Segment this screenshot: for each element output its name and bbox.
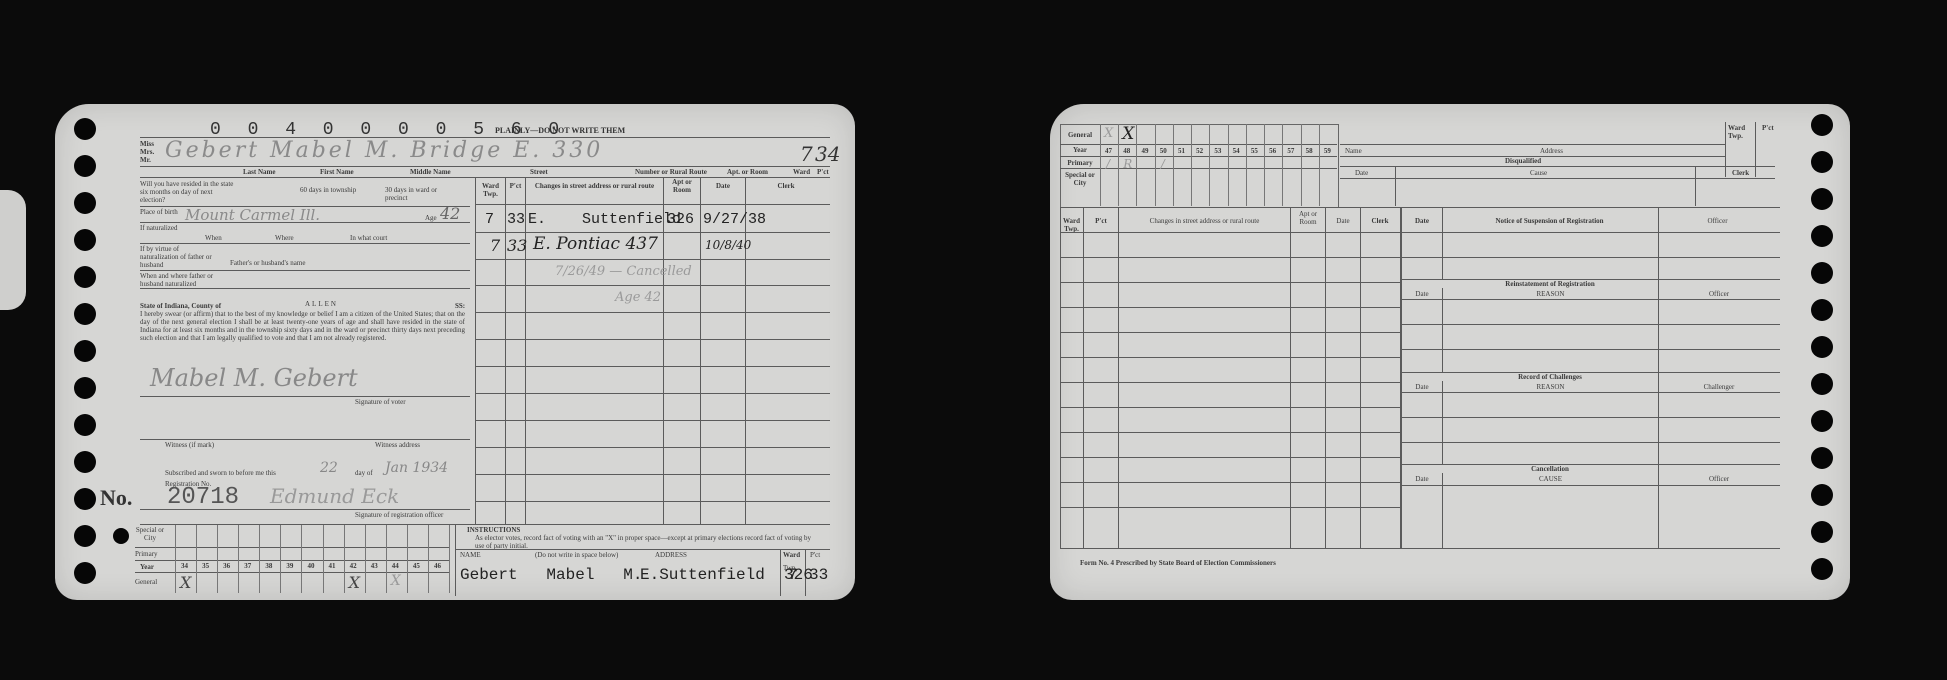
punch-hole [1811,484,1833,506]
name-label: Name [1345,147,1362,155]
row-label-general: General [1060,131,1100,139]
punch-hole [1811,151,1833,173]
witness-label: Witness (if mark) [165,441,214,449]
punch-hole [1811,373,1833,395]
col-ward-twp: Ward Twp. [476,182,505,198]
disqualified-label: Disqualified [1505,157,1541,165]
punch-hole [1811,558,1833,580]
footer-note: (Do not write in space below) [535,551,618,559]
punch-hole [1811,299,1833,321]
subscribed-text: Subscribed and sworn to before me this [165,469,276,477]
year-column: 56 [1264,124,1282,206]
punch-hole [74,451,96,473]
punch-hole [74,266,96,288]
year-grid-front: 34X 35 36 37 38 39 40 41 42X 43 44X 45 4… [175,525,450,593]
year-columns-back: 47X/ 48XR 49 50/ 51 52 53 54 55 56 57 58… [1100,124,1337,206]
county-value: ALLEN [305,300,338,308]
typed-pct: 33 [809,566,828,584]
label-middle-name: Middle Name [410,168,451,176]
challenges-challenger-label: Challenger [1659,383,1779,391]
signature-label: Signature of voter [355,398,406,406]
year-column: 38 [259,525,280,593]
suspension-title: Notice of Suspension of Registration [1442,217,1657,225]
when-where-label: When and where father or husband natural… [140,272,230,288]
year-column: 43 [365,525,386,593]
year-column: 57 [1282,124,1300,206]
year-column: 46 [428,525,450,593]
year-column: 37 [238,525,259,593]
label-apt: Apt. or Room [727,168,768,176]
cancellation-cause-label: CAUSE [1443,475,1658,483]
punch-hole [74,562,96,584]
cancellation-date-label: Date [1402,475,1442,483]
punch-hole [1811,225,1833,247]
naturalized-label: If naturalized [140,224,190,232]
reinstatement-officer-label: Officer [1659,290,1779,298]
punch-hole-small [113,528,129,544]
year-column: 39 [280,525,301,593]
ward-twp-label: Ward Twp. [1728,124,1753,140]
label-street: Street [530,168,548,176]
col-ward-twp: Ward Twp. [1060,217,1083,233]
footer-name-label: NAME [460,551,481,559]
year-column: 48XR [1118,124,1136,206]
suspension-date-label: Date [1402,217,1442,225]
typed-name: Gebert Mabel M. [460,566,642,584]
row-label-year: Year [1060,146,1100,154]
registration-officer-signature: Edmund Eck [270,484,399,508]
typed-address: E.Suttenfield 326 [640,566,813,584]
address-label: Address [1540,147,1563,155]
reinstatement-reason-label: REASON [1443,290,1658,298]
punch-hole [1811,447,1833,469]
year-column: 50/ [1155,124,1173,206]
col-apt: Apt or Room [664,178,700,194]
adjacent-card-edge [0,190,26,310]
row-label-primary: Primary [135,550,158,558]
reinstatement-date-label: Date [1402,290,1442,298]
naturalized-where: Where [275,234,294,242]
year-column: 53 [1209,124,1227,206]
punch-hole [74,303,96,325]
punch-hole [74,488,96,510]
year-column: 51 [1173,124,1191,206]
label-ward: Ward [793,168,810,176]
instructions-title: INSTRUCTIONS [467,526,520,534]
col-apt: Apt or Room [1291,210,1325,226]
township-question: 60 days in township [300,186,360,194]
punch-hole [74,118,96,140]
typed-ward: 7 [788,566,798,584]
col-changes: Changes in street address or rural route [526,182,663,190]
footer-address-label: ADDRESS [655,551,687,559]
year-column: 45 [407,525,428,593]
year-column: 35 [196,525,217,593]
voter-registration-card-front: 0 0 4 0 0 0 0 5 6 0 PLAINLY—DO NOT WRITE… [55,104,855,600]
label-first-name: First Name [320,168,354,176]
subscribed-month-year: Jan 1934 [385,460,448,476]
age-value: 42 [440,204,460,223]
col-clerk: Clerk [1361,217,1399,225]
punch-hole [74,414,96,436]
witness-address-label: Witness address [375,441,420,449]
punch-hole [1811,262,1833,284]
year-column: 34X [175,525,196,593]
day-of-label: day of [355,469,373,477]
disqualified-clerk-label: Clerk [1732,169,1749,177]
punch-hole [1811,521,1833,543]
year-column: 36 [217,525,238,593]
year-column: 42X [344,525,365,593]
pct-label: P'ct [1762,124,1774,132]
registration-no-label: No. [100,485,132,511]
ss-label: SS: [455,302,465,310]
state-county-label: State of Indiana, County of [140,302,221,310]
instructions-text: As elector votes, record fact of voting … [475,534,815,550]
col-changes: Changes in street address or rural route [1119,217,1290,225]
father-husband-label: If by virtue of naturalization of father… [140,245,215,269]
registration-officer-label: Signature of registration officer [355,511,443,519]
year-column: 58 [1301,124,1319,206]
col-date: Date [1326,217,1360,225]
punch-hole [1811,336,1833,358]
label-number: Number or Rural Route [635,168,707,176]
year-column: 41 [323,525,344,593]
year-column: 44X [386,525,407,593]
challenges-title: Record of Challenges [1442,373,1658,381]
row-label-special: Special or City [1060,171,1100,187]
row-label-special: Special or City [135,526,165,542]
handwritten-name-address: Gebert Mabel M. Bridge E. 330 [165,138,603,163]
punch-hole [1811,188,1833,210]
year-column: 54 [1228,124,1246,206]
punch-hole [74,192,96,214]
row-label-general: General [135,578,157,586]
year-column: 40 [301,525,322,593]
disqualified-cause-label: Cause [1530,169,1547,177]
ward-question: 30 days in ward or precinct [385,186,455,202]
year-column: 55 [1246,124,1264,206]
naturalized-court: In what court [350,234,387,242]
registration-number: 20718 [167,484,239,511]
name-prefixes: MissMrs.Mr. [140,140,154,164]
cancellation-title: Cancellation [1442,465,1658,473]
pct-value: 34 [815,142,840,166]
subscribed-day: 22 [320,460,338,476]
header-notice: PLAINLY—DO NOT WRITE THEM [495,126,625,135]
voter-signature: Mabel M. Gebert [150,364,358,392]
challenges-date-label: Date [1402,383,1442,391]
label-pct: P'ct [817,168,829,176]
punch-hole [74,340,96,362]
punch-hole [74,377,96,399]
year-column: 59 [1319,124,1337,206]
punch-hole [74,525,96,547]
cancellation-officer-label: Officer [1659,475,1779,483]
year-column: 47X/ [1100,124,1118,206]
row-label-primary: Primary [1060,159,1100,167]
col-pct: P'ct [506,182,525,190]
col-clerk: Clerk [746,182,826,190]
label-last-name: Last Name [243,168,275,176]
ward-value: 7 [800,142,813,166]
punch-hole [74,229,96,251]
voter-registration-card-back: General Year Primary Special or City 47X… [1050,104,1850,600]
reinstatement-title: Reinstatement of Registration [1442,280,1658,288]
footer-pct-label: P'ct [810,551,820,559]
birth-label: Place of birth [140,208,180,216]
oath-text: I hereby swear (or affirm) that to the b… [140,310,465,342]
year-column: 49 [1136,124,1154,206]
year-column: 52 [1191,124,1209,206]
row-label-year: Year [140,563,154,571]
col-date: Date [701,182,745,190]
father-husband-name-label: Father's or husband's name [230,259,305,267]
age-label: Age [425,214,437,222]
form-note: Form No. 4 Prescribed by State Board of … [1080,559,1276,567]
naturalized-when: When [205,234,222,242]
punch-hole [1811,410,1833,432]
col-pct: P'ct [1084,217,1118,225]
footer-ward-label: Ward [783,551,800,559]
punch-hole [1811,114,1833,136]
disqualified-date-label: Date [1355,169,1368,177]
residence-question: Will you have resided in the state six m… [140,180,235,204]
suspension-officer-label: Officer [1660,217,1775,225]
challenges-reason-label: REASON [1443,383,1658,391]
punch-hole [74,155,96,177]
